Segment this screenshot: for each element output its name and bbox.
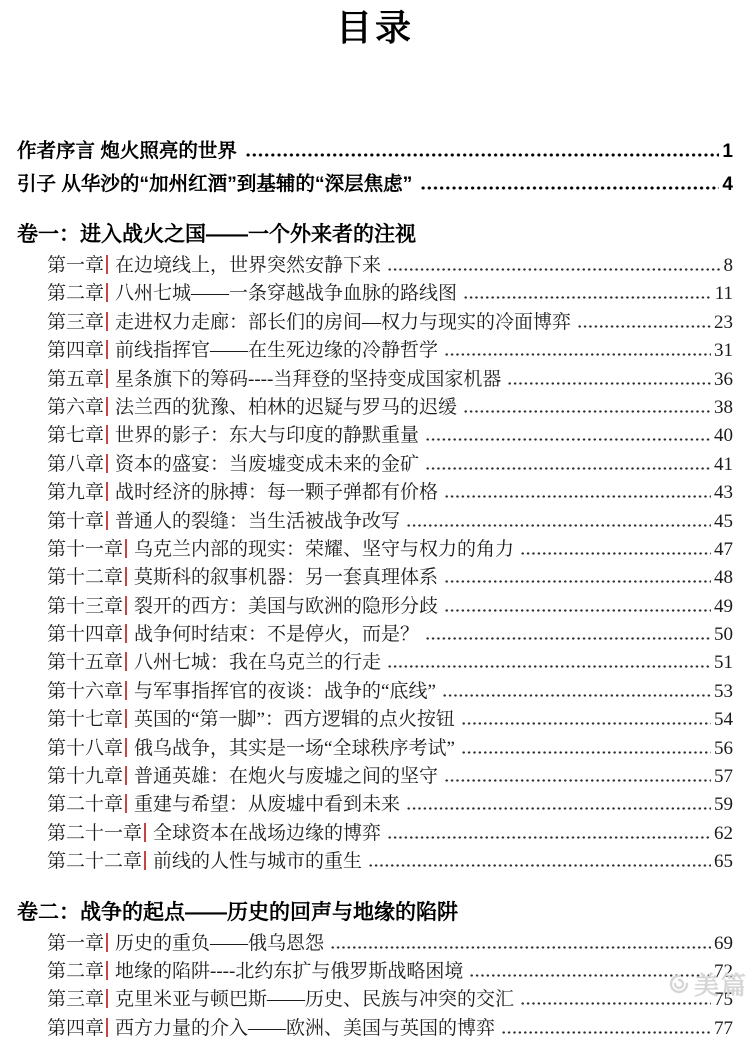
chapter-divider-bar — [125, 652, 127, 671]
chapter-entry: 第九章战时经济的脉搏：每一颗子弹都有价格43 — [47, 479, 733, 507]
chapter-entry: 第十一章乌克兰内部的现实：荣耀、坚守与权力的角力47 — [47, 536, 733, 564]
dot-leader — [444, 609, 711, 612]
chapter-title: 世界的影子：东大与印度的静默重量 — [115, 422, 419, 450]
chapter-divider-bar — [106, 255, 108, 274]
chapter-page: 23 — [714, 309, 733, 337]
chapter-page: 31 — [714, 337, 733, 365]
chapter-entry: 第三章克里米亚与顿巴斯——历史、民族与冲突的交汇75 — [47, 986, 733, 1014]
chapter-number: 第十八章 — [47, 735, 123, 763]
dot-leader — [245, 153, 720, 157]
chapter-title: 重建与希望：从废墟中看到未来 — [134, 791, 400, 819]
chapter-page: 59 — [714, 791, 733, 819]
chapter-title: 普通人的裂缝：当生活被战争改写 — [115, 508, 400, 536]
chapter-page: 54 — [714, 706, 733, 734]
chapter-divider-bar — [125, 539, 127, 558]
chapter-number: 第十三章 — [47, 593, 123, 621]
chapter-page: 50 — [714, 621, 733, 649]
chapter-title: 资本的盛宴：当废墟变成未来的金矿 — [115, 451, 419, 479]
front-entry-label: 作者序言 炮火照亮的世界 — [17, 135, 237, 163]
chapter-number: 第四章 — [47, 337, 104, 365]
front-entry-page: 1 — [722, 141, 733, 163]
chapter-number: 第一章 — [47, 930, 104, 958]
chapter-entry: 第八章资本的盛宴：当废墟变成未来的金矿41 — [47, 451, 733, 479]
chapter-entry: 第二十二章前线的人性与城市的重生65 — [47, 848, 733, 876]
chapter-list: 第一章在边境线上，世界突然安静下来8第二章八州七城——一条穿越战争血脉的路线图1… — [17, 252, 733, 877]
chapter-entry: 第十章普通人的裂缝：当生活被战争改写45 — [47, 508, 733, 536]
chapter-entry: 第六章法兰西的犹豫、柏林的迟疑与罗马的迟缓38 — [47, 394, 733, 422]
chapter-title: 普通英雄：在炮火与废墟之间的坚守 — [134, 763, 438, 791]
volume-heading: 卷二：战争的起点——历史的回声与地缘的陷阱 — [17, 900, 733, 926]
chapter-divider-bar — [125, 794, 127, 813]
chapter-title: 八州七城：我在乌克兰的行走 — [134, 649, 381, 677]
dot-leader — [501, 1031, 711, 1034]
chapter-divider-bar — [106, 933, 108, 952]
chapter-number: 第十七章 — [47, 706, 123, 734]
chapter-title: 历史的重负——俄乌恩怨 — [115, 930, 324, 958]
toc-page: 目录 作者序言 炮火照亮的世界1引子 从华沙的“加州红酒”到基辅的“深层焦虑”4… — [0, 0, 750, 1057]
chapter-title: 在边境线上，世界突然安静下来 — [115, 252, 381, 280]
dot-leader — [577, 325, 711, 328]
dot-leader — [420, 186, 719, 190]
chapter-title: 裂开的西方：美国与欧洲的隐形分歧 — [134, 593, 438, 621]
dot-leader — [444, 779, 711, 782]
chapter-number: 第十五章 — [47, 649, 123, 677]
dot-leader — [520, 552, 711, 555]
chapter-page: 72 — [714, 958, 733, 986]
front-entry-page: 4 — [722, 174, 733, 196]
chapter-entry: 第二十一章全球资本在战场边缘的博弈62 — [47, 820, 733, 848]
chapter-page: 77 — [714, 1015, 733, 1043]
dot-leader — [463, 410, 711, 413]
chapter-title: 前线指挥官——在生死边缘的冷静哲学 — [115, 337, 438, 365]
dot-leader — [461, 751, 711, 754]
chapter-title: 星条旗下的筹码----当拜登的坚持变成国家机器 — [115, 366, 501, 394]
chapter-page: 41 — [714, 451, 733, 479]
front-matter-entry: 作者序言 炮火照亮的世界1 — [17, 135, 733, 168]
dot-leader — [469, 974, 711, 977]
chapter-title: 八州七城——一条穿越战争血脉的路线图 — [115, 280, 457, 308]
chapter-number: 第二十章 — [47, 791, 123, 819]
chapter-number: 第十二章 — [47, 564, 123, 592]
chapter-page: 40 — [714, 422, 733, 450]
chapter-entry: 第一章历史的重负——俄乌恩怨69 — [47, 930, 733, 958]
front-entry-label: 引子 从华沙的“加州红酒”到基辅的“深层焦虑” — [17, 168, 412, 196]
chapter-number: 第二十一章 — [47, 820, 142, 848]
chapter-divider-bar — [125, 596, 127, 615]
chapter-number: 第二章 — [47, 280, 104, 308]
chapter-number: 第二章 — [47, 958, 104, 986]
chapter-divider-bar — [106, 312, 108, 331]
chapter-number: 第十一章 — [47, 536, 123, 564]
dot-leader — [425, 637, 711, 640]
chapter-entry: 第四章前线指挥官——在生死边缘的冷静哲学31 — [47, 337, 733, 365]
chapter-divider-bar — [106, 511, 108, 530]
volume-heading: 卷一：进入战火之国——一个外来者的注视 — [17, 222, 733, 248]
chapter-number: 第十章 — [47, 508, 104, 536]
dot-leader — [406, 524, 711, 527]
chapter-page: 36 — [714, 366, 733, 394]
chapter-entry: 第十五章八州七城：我在乌克兰的行走51 — [47, 649, 733, 677]
dot-leader — [425, 467, 711, 470]
chapter-number: 第十六章 — [47, 678, 123, 706]
chapter-divider-bar — [106, 283, 108, 302]
chapter-title: 莫斯科的叙事机器：另一套真理体系 — [134, 564, 438, 592]
chapter-entry: 第十八章俄乌战争，其实是一场“全球秩序考试”56 — [47, 735, 733, 763]
chapter-page: 51 — [714, 649, 733, 677]
chapter-title: 与军事指挥官的夜谈：战争的“底线” — [134, 678, 436, 706]
dot-leader — [520, 1002, 711, 1005]
chapter-title: 战时经济的脉搏：每一颗子弹都有价格 — [115, 479, 438, 507]
chapter-page: 8 — [724, 252, 734, 280]
chapter-page: 56 — [714, 735, 733, 763]
chapter-divider-bar — [106, 369, 108, 388]
dot-leader — [387, 665, 711, 668]
chapter-divider-bar — [106, 397, 108, 416]
chapter-divider-bar — [106, 989, 108, 1008]
dot-leader — [463, 296, 712, 299]
chapter-entry: 第五章星条旗下的筹码----当拜登的坚持变成国家机器36 — [47, 366, 733, 394]
chapter-number: 第三章 — [47, 986, 104, 1014]
volumes-section: 卷一：进入战火之国——一个外来者的注视第一章在边境线上，世界突然安静下来8第二章… — [17, 222, 733, 1043]
dot-leader — [368, 864, 711, 867]
chapter-divider-bar — [106, 482, 108, 501]
chapter-divider-bar — [106, 961, 108, 980]
chapter-number: 第三章 — [47, 309, 104, 337]
chapter-page: 47 — [714, 536, 733, 564]
dot-leader — [442, 694, 711, 697]
chapter-title: 地缘的陷阱----北约东扩与俄罗斯战略困境 — [115, 958, 463, 986]
dot-leader — [444, 580, 711, 583]
chapter-entry: 第二十章重建与希望：从废墟中看到未来59 — [47, 791, 733, 819]
chapter-page: 53 — [714, 678, 733, 706]
chapter-number: 第十九章 — [47, 763, 123, 791]
chapter-divider-bar — [144, 823, 146, 842]
chapter-list: 第一章历史的重负——俄乌恩怨69第二章地缘的陷阱----北约东扩与俄罗斯战略困境… — [17, 930, 733, 1044]
front-matter-section: 作者序言 炮火照亮的世界1引子 从华沙的“加州红酒”到基辅的“深层焦虑”4 — [17, 135, 733, 201]
chapter-title: 前线的人性与城市的重生 — [153, 848, 362, 876]
chapter-number: 第八章 — [47, 451, 104, 479]
chapter-page: 69 — [714, 930, 733, 958]
chapter-page: 65 — [714, 848, 733, 876]
chapter-number: 第十四章 — [47, 621, 123, 649]
front-matter-entry: 引子 从华沙的“加州红酒”到基辅的“深层焦虑”4 — [17, 168, 733, 201]
chapter-page: 57 — [714, 763, 733, 791]
chapter-divider-bar — [125, 567, 127, 586]
chapter-page: 43 — [714, 479, 733, 507]
chapter-divider-bar — [106, 454, 108, 473]
dot-leader — [507, 382, 711, 385]
dot-leader — [444, 353, 711, 356]
chapter-title: 走进权力走廊：部长们的房间—权力与现实的冷面博弈 — [115, 309, 571, 337]
chapter-number: 第九章 — [47, 479, 104, 507]
chapter-divider-bar — [106, 1018, 108, 1037]
chapter-divider-bar — [106, 425, 108, 444]
chapter-title: 乌克兰内部的现实：荣耀、坚守与权力的角力 — [134, 536, 514, 564]
chapter-entry: 第十三章裂开的西方：美国与欧洲的隐形分歧49 — [47, 593, 733, 621]
chapter-entry: 第十七章英国的“第一脚”：西方逻辑的点火按钮54 — [47, 706, 733, 734]
chapter-entry: 第十四章战争何时结束：不是停火，而是？50 — [47, 621, 733, 649]
chapter-title: 全球资本在战场边缘的博弈 — [153, 820, 381, 848]
chapter-title: 战争何时结束：不是停火，而是？ — [134, 621, 419, 649]
chapter-title: 英国的“第一脚”：西方逻辑的点火按钮 — [134, 706, 455, 734]
chapter-divider-bar — [125, 738, 127, 757]
chapter-page: 49 — [714, 593, 733, 621]
chapter-entry: 第十二章莫斯科的叙事机器：另一套真理体系48 — [47, 564, 733, 592]
page-title: 目录 — [17, 8, 733, 48]
dot-leader — [444, 495, 711, 498]
chapter-number: 第四章 — [47, 1015, 104, 1043]
chapter-number: 第二十二章 — [47, 848, 142, 876]
chapter-divider-bar — [106, 340, 108, 359]
chapter-divider-bar — [125, 624, 127, 643]
chapter-page: 62 — [714, 820, 733, 848]
dot-leader — [387, 268, 720, 271]
chapter-number: 第六章 — [47, 394, 104, 422]
chapter-divider-bar — [125, 709, 127, 728]
chapter-entry: 第二章八州七城——一条穿越战争血脉的路线图11 — [47, 280, 733, 308]
chapter-entry: 第七章世界的影子：东大与印度的静默重量40 — [47, 422, 733, 450]
dot-leader — [387, 836, 711, 839]
chapter-entry: 第三章走进权力走廊：部长们的房间—权力与现实的冷面博弈23 — [47, 309, 733, 337]
chapter-page: 75 — [714, 986, 733, 1014]
dot-leader — [461, 722, 711, 725]
chapter-number: 第五章 — [47, 366, 104, 394]
chapter-entry: 第十六章与军事指挥官的夜谈：战争的“底线”53 — [47, 678, 733, 706]
chapter-divider-bar — [125, 766, 127, 785]
chapter-page: 45 — [714, 508, 733, 536]
dot-leader — [406, 807, 711, 810]
chapter-divider-bar — [144, 851, 146, 870]
chapter-page: 38 — [714, 394, 733, 422]
chapter-title: 西方力量的介入——欧洲、美国与英国的博弈 — [115, 1015, 495, 1043]
chapter-number: 第一章 — [47, 252, 104, 280]
chapter-entry: 第四章西方力量的介入——欧洲、美国与英国的博弈77 — [47, 1015, 733, 1043]
chapter-page: 48 — [714, 564, 733, 592]
chapter-divider-bar — [125, 681, 127, 700]
chapter-number: 第七章 — [47, 422, 104, 450]
chapter-page: 11 — [715, 280, 733, 308]
chapter-title: 克里米亚与顿巴斯——历史、民族与冲突的交汇 — [115, 986, 514, 1014]
chapter-entry: 第十九章普通英雄：在炮火与废墟之间的坚守57 — [47, 763, 733, 791]
chapter-title: 法兰西的犹豫、柏林的迟疑与罗马的迟缓 — [115, 394, 457, 422]
chapter-title: 俄乌战争，其实是一场“全球秩序考试” — [134, 735, 455, 763]
chapter-entry: 第二章地缘的陷阱----北约东扩与俄罗斯战略困境72 — [47, 958, 733, 986]
dot-leader — [425, 438, 711, 441]
dot-leader — [330, 946, 711, 949]
chapter-entry: 第一章在边境线上，世界突然安静下来8 — [47, 252, 733, 280]
